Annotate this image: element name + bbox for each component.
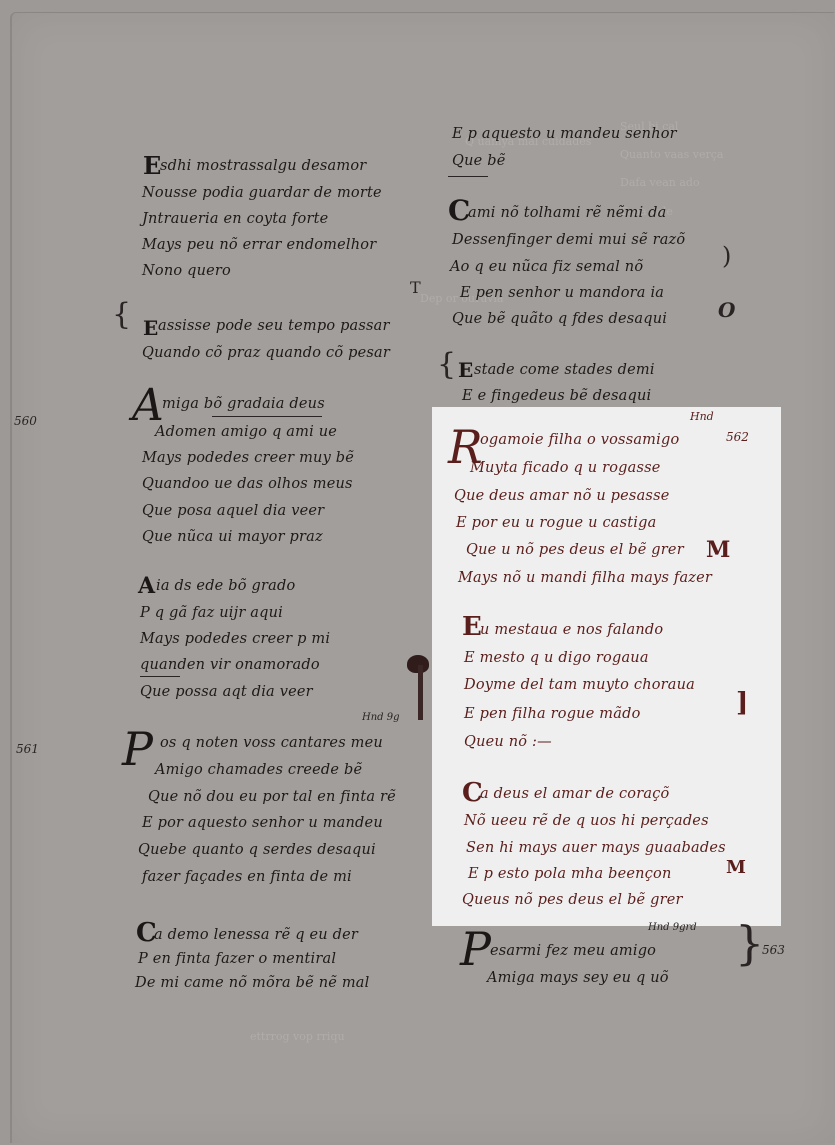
marginal-letter: ] [736, 688, 748, 718]
marginal-letter: T [410, 278, 421, 297]
verse-line: esarmi fez meu amigo [490, 943, 656, 959]
initial-letter: E [143, 316, 158, 340]
verse-line: assisse pode seu tempo passar [158, 318, 390, 334]
verse-line: Adomen amigo q ami ue [155, 424, 337, 440]
underline-mark [212, 416, 322, 417]
folio-number: 560 [14, 414, 37, 428]
verse-line: Amigo chamades creede bẽ [155, 762, 362, 778]
verse-line: Mays podedes creer p mi [140, 631, 330, 647]
annotation: Hnd 9grd [648, 922, 697, 933]
marginal-letter: M [726, 857, 746, 878]
verse-line: Nono quero [142, 263, 231, 279]
folio-number: 563 [762, 943, 785, 957]
verse-line: E por eu u rogue u castiga [456, 515, 656, 531]
verse-line: Muyta ficado q u rogasse [470, 460, 661, 476]
verse-line: P q gã faz uijr aqui [140, 605, 283, 621]
verse-line: ia ds ede bõ grado [156, 578, 295, 594]
initial-letter: C [448, 194, 470, 227]
decorated-initial: P [122, 722, 153, 776]
verse-line: miga bõ gradaia deus [162, 396, 325, 412]
underline-mark [448, 176, 488, 177]
verse-line: E mesto q u digo rogaua [464, 650, 649, 666]
verse-line: Mays nõ u mandi filha mays fazer [458, 570, 712, 586]
initial-letter: E [458, 358, 473, 382]
verse-line: E p esto pola mha beençon [468, 866, 672, 882]
folio-number: 561 [16, 742, 39, 756]
show-through-text: Quanto vaas verça [620, 148, 723, 161]
verse-line: a demo lenessa rẽ q eu der [154, 927, 358, 943]
initial-letter: E [143, 151, 161, 180]
verse-line: Nõ ueeu rẽ de q uos hi perçades [464, 813, 709, 829]
verse-line: os q noten voss cantares meu [160, 735, 383, 751]
verse-line: u mestaua e nos falando [480, 622, 663, 638]
verse-line: Jntraueria en coyta forte [142, 211, 328, 227]
initial-letter: A [138, 573, 155, 599]
verse-line: E pen senhor u mandora ia [460, 285, 664, 301]
verse-line: stade come stades demi [474, 362, 655, 378]
verse-line: Que deus amar nõ u pesasse [454, 488, 670, 504]
marginal-letter: O [718, 298, 735, 322]
verse-line: Queus nõ pes deus el bẽ grer [462, 892, 683, 908]
show-through-text: Dafa vean ado [620, 176, 700, 189]
annotation: Hnd [690, 410, 714, 423]
verse-line: De mi came nõ mõra bẽ nẽ mal [135, 975, 370, 991]
verse-line: fazer façades en finta de mi [142, 869, 352, 885]
verse-line: Nousse podia guardar de morte [142, 185, 382, 201]
brace-mark: } [735, 920, 764, 966]
brace-mark: { [112, 300, 131, 330]
verse-line: Dessenfinger demi mui sẽ razõ [452, 232, 685, 248]
verse-line: Mays peu nõ errar endomelhor [142, 237, 376, 253]
verse-line: Sen hi mays auer mays guaabades [466, 840, 726, 856]
verse-line: P en finta fazer o mentiral [138, 951, 336, 967]
underline-mark [140, 676, 180, 677]
verse-line: Que bẽ [452, 153, 505, 169]
brace-mark: { [437, 350, 456, 380]
initial-letter: E [462, 612, 482, 642]
verse-line: Quandoo ue das olhos meus [142, 476, 353, 492]
verse-line: Que possa aqt dia veer [140, 684, 313, 700]
decorated-initial: P [460, 922, 491, 976]
verse-line: Ao q eu nũca fiz semal nõ [450, 259, 643, 275]
verse-line: Amiga mays sey eu q uõ [487, 970, 669, 986]
verse-line: E p aquesto u mandeu senhor [452, 126, 677, 142]
verse-line: Que bẽ quãto q fdes desaqui [452, 311, 667, 327]
marginal-letter: ) [722, 242, 731, 270]
annotation: Hnd 9g [362, 712, 400, 723]
verse-line: ami nõ tolhami rẽ nẽmi da [468, 205, 666, 221]
verse-line: Que u nõ pes deus el bẽ grer [466, 542, 684, 558]
verse-line: ogamoie filha o vossamigo [480, 432, 679, 448]
show-through-text: ettrrog vop rriqu [250, 1030, 345, 1043]
verse-line: Doyme del tam muyto choraua [464, 677, 695, 693]
verse-line: Que nõ dou eu por tal en finta rẽ [148, 789, 396, 805]
verse-line: Quebe quanto q serdes desaqui [138, 842, 376, 858]
verse-line: Mays podedes creer muy bẽ [142, 450, 354, 466]
marginal-letter: M [706, 537, 730, 563]
verse-line: Que posa aquel dia veer [142, 503, 324, 519]
verse-line: E pen filha rogue mãdo [464, 706, 641, 722]
verse-line: sdhi mostrassalgu desamor [160, 158, 366, 174]
ink-stroke [418, 665, 423, 720]
verse-line: Que nũca ui mayor praz [142, 529, 323, 545]
folio-number: 562 [726, 430, 749, 444]
verse-line: quanden vir onamorado [140, 657, 320, 673]
verse-line: E e fingedeus bẽ desaqui [462, 388, 651, 404]
verse-line: Quando cõ praz quando cõ pesar [142, 345, 390, 361]
verse-line: a deus el amar de coraçõ [480, 786, 669, 802]
verse-line: E por aquesto senhor u mandeu [142, 815, 383, 831]
verse-line: Queu nõ :— [464, 734, 552, 750]
